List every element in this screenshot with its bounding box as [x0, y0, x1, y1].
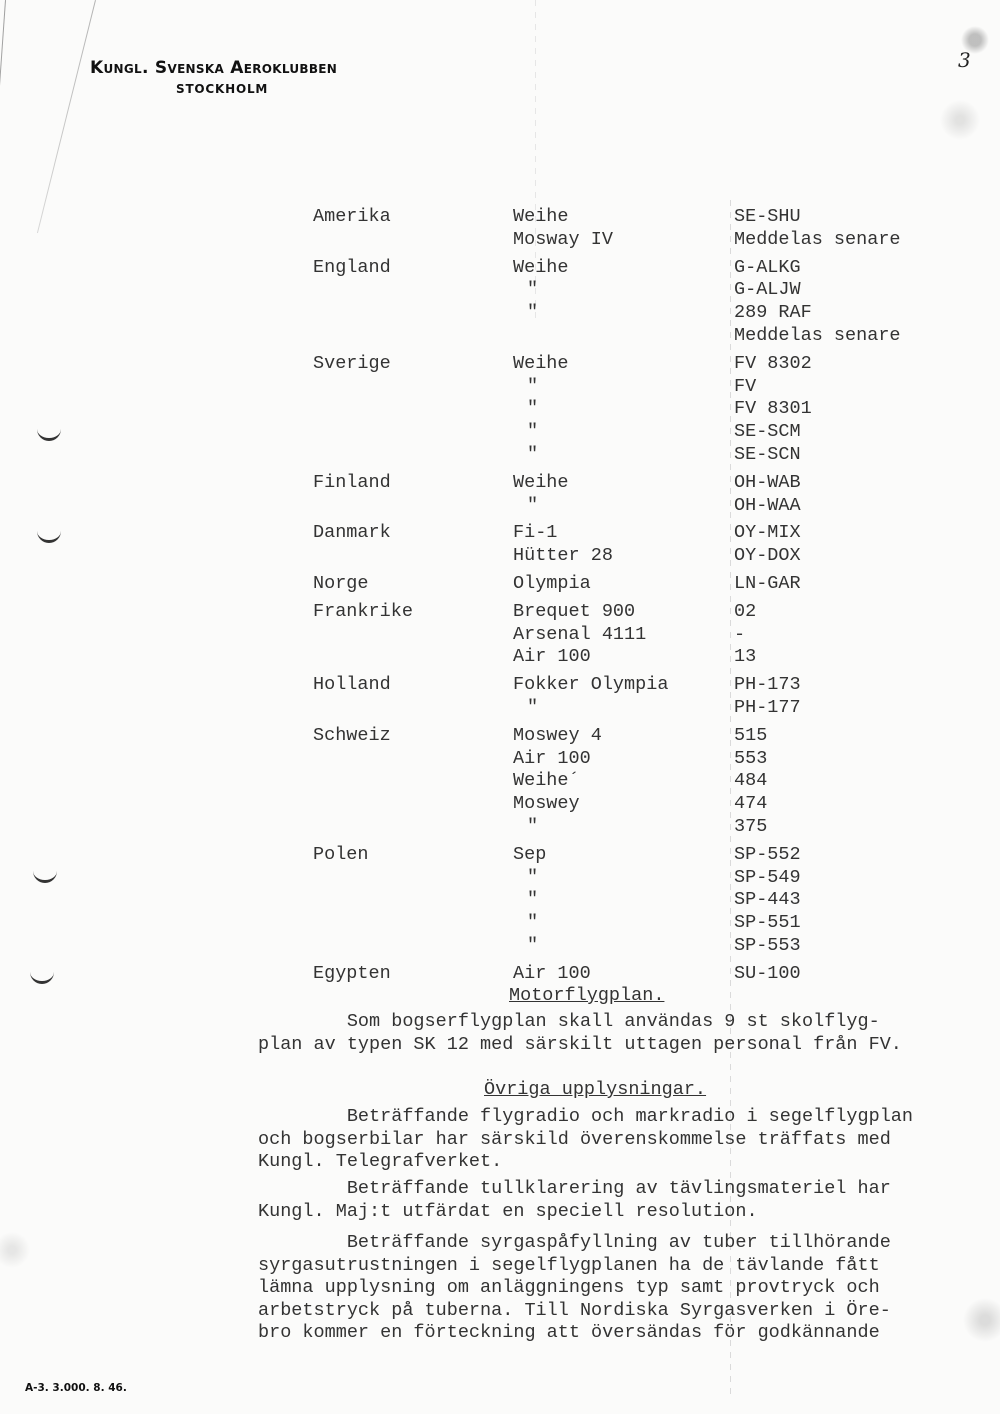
- text-line: lämna upplysning om anläggningens typ sa…: [258, 1277, 978, 1300]
- country-name: Frankrike: [313, 601, 513, 669]
- glider-type: Arsenal 4111: [513, 624, 734, 647]
- glider-type-column: Fokker Olympia": [513, 674, 734, 720]
- glider-type-column: WeiheMosway IV: [513, 206, 734, 252]
- registration: SP-549: [734, 867, 933, 890]
- registration-column: SU-100: [734, 963, 933, 986]
- country-group: HollandFokker Olympia"PH-173PH-177: [313, 674, 933, 720]
- registration: 13: [734, 646, 933, 669]
- glider-type-column: Weihe": [513, 472, 734, 518]
- binder-hole-icon: [37, 426, 61, 441]
- text-line: och bogserbilar har särskild överenskomm…: [258, 1129, 978, 1152]
- registration: SP-552: [734, 844, 933, 867]
- glider-type: Hütter 28: [513, 545, 734, 568]
- glider-type: ": [513, 398, 734, 421]
- registration-column: LN-GAR: [734, 573, 933, 596]
- glider-type: Weihe: [513, 206, 734, 229]
- glider-type: ": [513, 376, 734, 399]
- registration-column: OH-WABOH-WAA: [734, 472, 933, 518]
- ovriga-paragraph-oxygen: Beträffande syrgaspåfyllning av tuber ti…: [258, 1232, 978, 1345]
- glider-type-column: Weihe"": [513, 257, 734, 348]
- registration: 02: [734, 601, 933, 624]
- registration: G-ALJW: [734, 279, 933, 302]
- binder-hole-icon: [30, 969, 54, 984]
- text-line: syrgasutrustningen i segelflygplanen ha …: [258, 1255, 978, 1278]
- registration: FV 8301: [734, 398, 933, 421]
- registration: OY-DOX: [734, 545, 933, 568]
- registration: LN-GAR: [734, 573, 933, 596]
- country-name: England: [313, 257, 513, 348]
- registration-column: 515553484474375: [734, 725, 933, 839]
- glider-type: Olympia: [513, 573, 734, 596]
- country-group: EnglandWeihe"" G-ALKGG-ALJW289 RAFMeddel…: [313, 257, 933, 348]
- registration: PH-177: [734, 697, 933, 720]
- registration-column: PH-173PH-177: [734, 674, 933, 720]
- registration: SE-SCM: [734, 421, 933, 444]
- registration: SE-SCN: [734, 444, 933, 467]
- glider-type: Weihe´: [513, 770, 734, 793]
- registration: FV: [734, 376, 933, 399]
- registration: SP-443: [734, 889, 933, 912]
- glider-type-column: Weihe"""": [513, 353, 734, 467]
- country-name: Polen: [313, 844, 513, 958]
- glider-type: ": [513, 889, 734, 912]
- registration: 515: [734, 725, 933, 748]
- registration: G-ALKG: [734, 257, 933, 280]
- country-group: DanmarkFi-1Hütter 28OY-MIXOY-DOX: [313, 522, 933, 568]
- section-heading-motorflygplan: Motorflygplan.: [509, 985, 664, 1006]
- page-number: 3: [958, 48, 971, 72]
- registration: SP-551: [734, 912, 933, 935]
- registration: SU-100: [734, 963, 933, 986]
- text-line: Beträffande flygradio och markradio i se…: [258, 1106, 978, 1129]
- registration: OH-WAB: [734, 472, 933, 495]
- country-name: Sverige: [313, 353, 513, 467]
- registration: FV 8302: [734, 353, 933, 376]
- country-group: SverigeWeihe""""FV 8302FVFV 8301SE-SCMSE…: [313, 353, 933, 467]
- glider-type: Moswey: [513, 793, 734, 816]
- text-line: Kungl. Telegrafverket.: [258, 1151, 978, 1174]
- organization-city: STOCKHOLM: [176, 82, 337, 96]
- country-group: FrankrikeBrequet 900Arsenal 4111Air 1000…: [313, 601, 933, 669]
- glider-type: Weihe: [513, 472, 734, 495]
- glider-type-column: Air 100: [513, 963, 734, 986]
- glider-type-column: Moswey 4Air 100Weihe´Moswey": [513, 725, 734, 839]
- registration-column: 02-13: [734, 601, 933, 669]
- glider-type: [513, 325, 734, 348]
- glider-type: Sep: [513, 844, 734, 867]
- glider-type: Fokker Olympia: [513, 674, 734, 697]
- paper-fold-line-top: [37, 0, 96, 233]
- glider-type: ": [513, 867, 734, 890]
- country-group: EgyptenAir 100SU-100: [313, 963, 933, 986]
- ovriga-paragraph-radio: Beträffande flygradio och markradio i se…: [258, 1106, 978, 1174]
- glider-type: ": [513, 444, 734, 467]
- glider-type: Moswey 4: [513, 725, 734, 748]
- glider-type: ": [513, 912, 734, 935]
- country-name: Egypten: [313, 963, 513, 986]
- paper-fold-line: [0, 0, 6, 639]
- text-line: Som bogserflygplan skall användas 9 st s…: [258, 1011, 978, 1034]
- registration: PH-173: [734, 674, 933, 697]
- glider-type-column: Sep"""": [513, 844, 734, 958]
- text-line: Kungl. Maj:t utfärdat en speciell resolu…: [258, 1201, 978, 1224]
- text-line: Beträffande tullklarering av tävlingsmat…: [258, 1178, 978, 1201]
- country-group: FinlandWeihe"OH-WABOH-WAA: [313, 472, 933, 518]
- registration: Meddelas senare: [734, 229, 933, 252]
- registration: 289 RAF: [734, 302, 933, 325]
- country-name: Finland: [313, 472, 513, 518]
- registration: SE-SHU: [734, 206, 933, 229]
- registration-column: FV 8302FVFV 8301SE-SCMSE-SCN: [734, 353, 933, 467]
- country-name: Norge: [313, 573, 513, 596]
- registration: OY-MIX: [734, 522, 933, 545]
- motorflygplan-paragraph: Som bogserflygplan skall användas 9 st s…: [258, 1011, 978, 1056]
- country-group: NorgeOlympiaLN-GAR: [313, 573, 933, 596]
- glider-type: Air 100: [513, 646, 734, 669]
- glider-type: Fi-1: [513, 522, 734, 545]
- country-name: Holland: [313, 674, 513, 720]
- glider-type-column: Brequet 900Arsenal 4111Air 100: [513, 601, 734, 669]
- section-heading-ovriga: Övriga upplysningar.: [484, 1079, 706, 1100]
- registration: SP-553: [734, 935, 933, 958]
- text-line: bro kommer en förteckning att översändas…: [258, 1322, 978, 1345]
- registration: 553: [734, 748, 933, 771]
- organization-name: Kungl. Svenska Aeroklubben: [90, 58, 337, 78]
- registration: 375: [734, 816, 933, 839]
- country-name: Danmark: [313, 522, 513, 568]
- glider-type: ": [513, 935, 734, 958]
- country-group: SchweizMoswey 4Air 100Weihe´Moswey"51555…: [313, 725, 933, 839]
- glider-type: ": [513, 421, 734, 444]
- registration-column: SE-SHUMeddelas senare: [734, 206, 933, 252]
- glider-type: ": [513, 302, 734, 325]
- registration: 484: [734, 770, 933, 793]
- country-name: Schweiz: [313, 725, 513, 839]
- text-line: arbetstryck på tuberna. Till Nordiska Sy…: [258, 1300, 978, 1323]
- glider-type: Air 100: [513, 963, 734, 986]
- country-name: Amerika: [313, 206, 513, 252]
- glider-type: ": [513, 697, 734, 720]
- registration: -: [734, 624, 933, 647]
- glider-type-column: Fi-1Hütter 28: [513, 522, 734, 568]
- registration-column: OY-MIXOY-DOX: [734, 522, 933, 568]
- registration: Meddelas senare: [734, 325, 933, 348]
- text-line: plan av typen SK 12 med särskilt uttagen…: [258, 1034, 978, 1057]
- glider-type: ": [513, 279, 734, 302]
- letterhead: Kungl. Svenska Aeroklubben STOCKHOLM: [90, 58, 337, 96]
- glider-type: Weihe: [513, 257, 734, 280]
- glider-type: Weihe: [513, 353, 734, 376]
- binder-hole-icon: [37, 528, 61, 543]
- registration-column: SP-552SP-549SP-443SP-551SP-553: [734, 844, 933, 958]
- glider-type: Mosway IV: [513, 229, 734, 252]
- registration: OH-WAA: [734, 495, 933, 518]
- registration-column: G-ALKGG-ALJW289 RAFMeddelas senare: [734, 257, 933, 348]
- glider-type: Brequet 900: [513, 601, 734, 624]
- glider-type: Air 100: [513, 748, 734, 771]
- text-line: Beträffande syrgaspåfyllning av tuber ti…: [258, 1232, 978, 1255]
- document-page: Kungl. Svenska Aeroklubben STOCKHOLM 3 A…: [0, 0, 1000, 1414]
- country-group: PolenSep""""SP-552SP-549SP-443SP-551SP-5…: [313, 844, 933, 958]
- country-group: AmerikaWeiheMosway IVSE-SHUMeddelas sena…: [313, 206, 933, 252]
- glider-type-column: Olympia: [513, 573, 734, 596]
- registration: 474: [734, 793, 933, 816]
- glider-entries-table: AmerikaWeiheMosway IVSE-SHUMeddelas sena…: [313, 206, 933, 991]
- glider-type: ": [513, 495, 734, 518]
- ovriga-paragraph-customs: Beträffande tullklarering av tävlingsmat…: [258, 1178, 978, 1223]
- print-code: A-3. 3.000. 8. 46.: [25, 1382, 127, 1394]
- glider-type: ": [513, 816, 734, 839]
- binder-hole-icon: [33, 868, 57, 883]
